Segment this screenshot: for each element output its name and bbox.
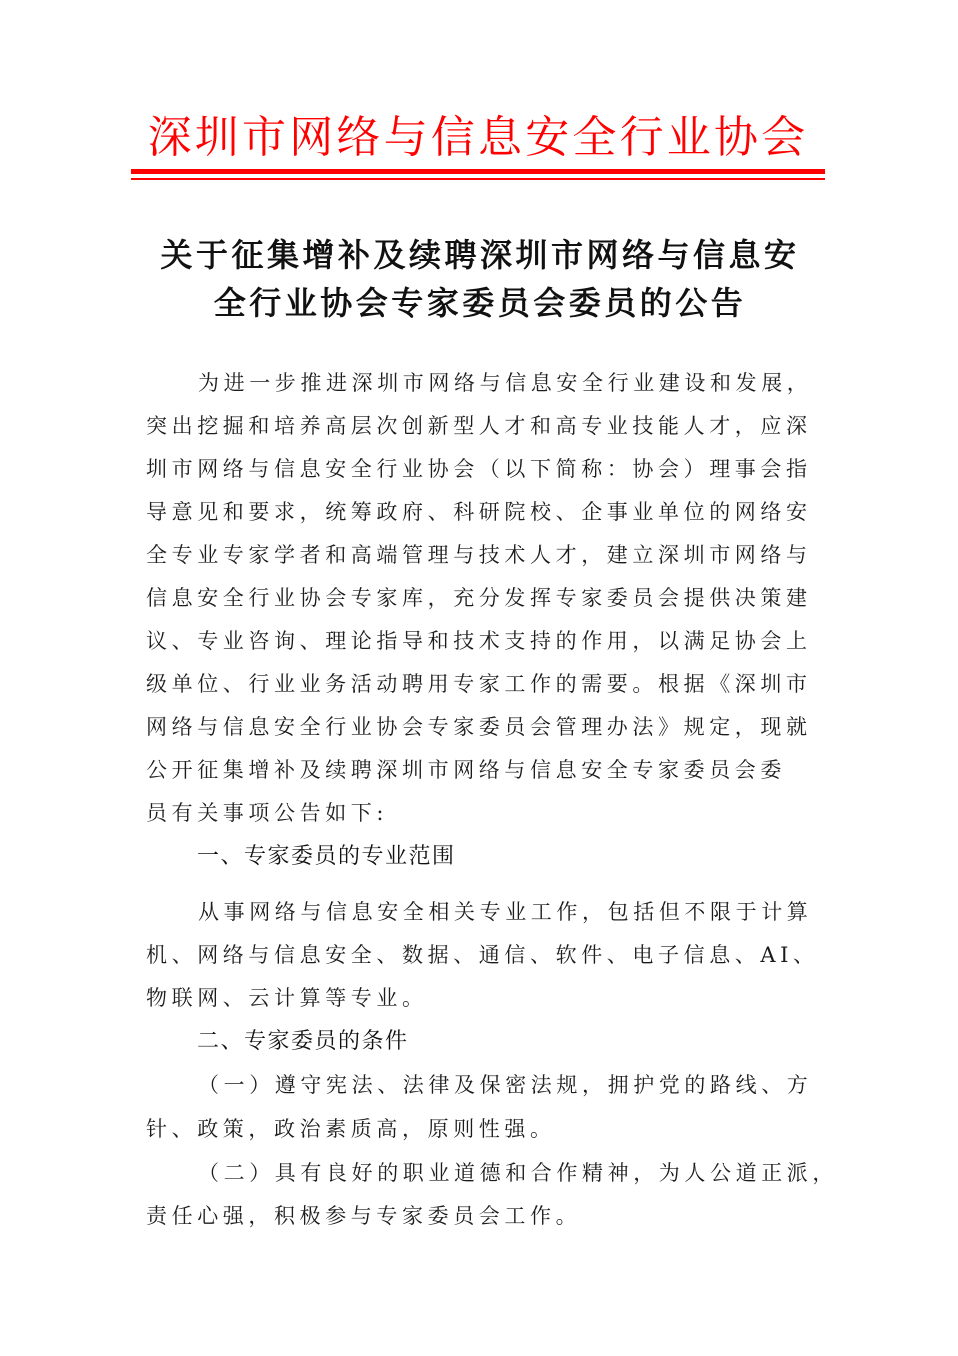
section1-paragraph-line: 物联网、云计算等专业。 [146, 983, 814, 1013]
intro-paragraph-line: 为进一步推进深圳市网络与信息安全行业建设和发展， [198, 368, 866, 398]
intro-paragraph-line: 公开征集增补及续聘深圳市网络与信息安全专家委员会委 [146, 755, 814, 785]
qualification-item-1-line: 针、政策，政治素质高，原则性强。 [146, 1114, 814, 1144]
intro-paragraph-line: 议、专业咨询、理论指导和技术支持的作用，以满足协会上 [146, 626, 814, 656]
intro-paragraph-line: 全专业专家学者和高端管理与技术人才，建立深圳市网络与 [146, 540, 814, 570]
qualification-item-1-line: （一）遵守宪法、法律及保密法规，拥护党的路线、方 [198, 1070, 866, 1100]
qualification-item-2-line: （二）具有良好的职业道德和合作精神，为人公道正派， [198, 1158, 866, 1188]
intro-paragraph-line: 突出挖掘和培养高层次创新型人才和高专业技能人才，应深 [146, 411, 814, 441]
document-title-line-1: 关于征集增补及续聘深圳市网络与信息安 [130, 231, 830, 279]
letterhead-thin-rule [131, 178, 825, 180]
intro-paragraph-line: 网络与信息安全行业协会专家委员会管理办法》规定，现就 [146, 712, 814, 742]
section1-paragraph-line: 从事网络与信息安全相关专业工作，包括但不限于计算 [198, 897, 866, 927]
intro-paragraph-line: 圳市网络与信息安全行业协会（以下简称：协会）理事会指 [146, 454, 814, 484]
intro-paragraph-line: 信息安全行业协会专家库，充分发挥专家委员会提供决策建 [146, 583, 814, 613]
intro-paragraph-line: 导意见和要求，统筹政府、科研院校、企事业单位的网络安 [146, 497, 814, 527]
qualification-item-2-line: 责任心强，积极参与专家委员会工作。 [146, 1201, 814, 1231]
intro-paragraph-line: 员有关事项公告如下: [146, 798, 814, 828]
section1-paragraph-line: 机、网络与信息安全、数据、通信、软件、电子信息、AI、 [146, 940, 814, 970]
organization-letterhead: 深圳市网络与信息安全行业协会 [131, 108, 825, 168]
document-title-line-2: 全行业协会专家委员会委员的公告 [130, 279, 830, 327]
section-heading-professional-scope: 一、专家委员的专业范围 [197, 841, 456, 873]
section-heading-qualifications: 二、专家委员的条件 [197, 1026, 409, 1058]
letterhead-thick-rule [131, 169, 825, 174]
document-title: 关于征集增补及续聘深圳市网络与信息安 全行业协会专家委员会委员的公告 [130, 231, 830, 327]
document-page: 深圳市网络与信息安全行业协会 关于征集增补及续聘深圳市网络与信息安 全行业协会专… [0, 0, 958, 1356]
intro-paragraph-line: 级单位、行业业务活动聘用专家工作的需要。根据《深圳市 [146, 669, 814, 699]
